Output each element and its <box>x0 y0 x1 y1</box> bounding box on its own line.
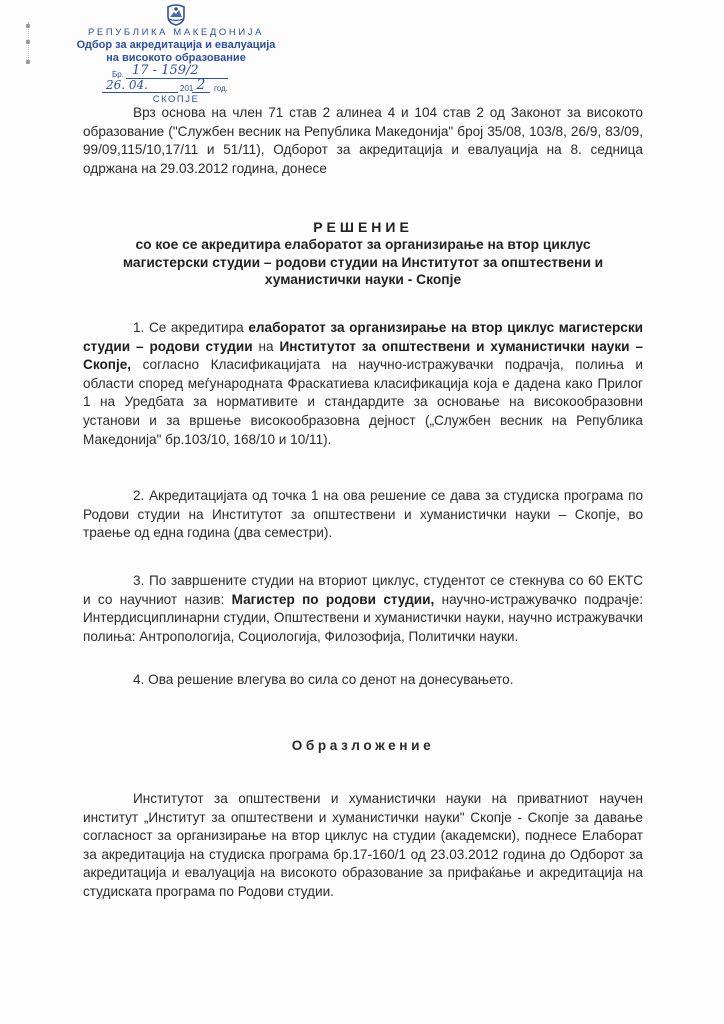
item-number: 2. <box>133 488 144 503</box>
stamp-date-line: 26. 04. 201 2 год. <box>66 80 286 94</box>
stamp-date-value: 26. 04. <box>102 79 178 93</box>
decision-item-3: 3. По завршените студии на вториот циклу… <box>83 572 643 646</box>
stamp-year-suffix: 2 <box>192 78 210 93</box>
item-text: Ова решение влегува во сила со денот на … <box>148 672 513 687</box>
preamble-paragraph: Врз основа на член 71 став 2 алинеа 4 и … <box>83 104 643 178</box>
item-bold-degree: Магистер по родови студии, <box>232 592 435 607</box>
item-lead: Се акредитира <box>149 320 244 335</box>
stamp-republic: РЕПУБЛИКА МАКЕДОНИЈА <box>66 27 286 39</box>
decision-heading: РЕШЕНИЕ со кое се акредитира елаборатот … <box>83 219 643 289</box>
stamp-registry-line: Бр. 17 - 159/2 <box>66 65 286 80</box>
decision-item-1: 1. Се акредитира елаборатот за организир… <box>83 319 643 449</box>
reasoning-paragraph: Институтот за општествени и хуманистички… <box>83 790 643 902</box>
decision-subtitle-line-3: хуманистички науки - Скопје <box>83 271 643 289</box>
reasoning-title: Образложение <box>83 738 643 753</box>
decision-item-2: 2. Акредитацијата од точка 1 на ова реше… <box>83 487 643 543</box>
coat-of-arms-emblem-icon <box>164 4 188 26</box>
decision-item-4: 4. Ова решение влегува во сила со денот … <box>83 671 643 690</box>
document-page: РЕПУБЛИКА МАКЕДОНИЈА Одбор за акредитаци… <box>0 0 724 1024</box>
stamp-organization: Одбор за акредитација и евалуација <box>66 39 286 52</box>
decision-subtitle-line-1: со кое се акредитира елаборатот за орган… <box>83 236 643 254</box>
item-text: Акредитацијата од точка 1 на ова решение… <box>83 488 643 540</box>
item-rest: согласно Класификацијата на научно-истра… <box>83 357 643 446</box>
registry-stamp: РЕПУБЛИКА МАКЕДОНИЈА Одбор за акредитаци… <box>66 4 286 105</box>
binder-hole-mark <box>28 22 31 64</box>
decision-title: РЕШЕНИЕ <box>83 219 643 236</box>
item-number: 4. <box>133 672 144 687</box>
item-number: 1. <box>133 320 144 335</box>
stamp-reg-number: 17 - 159/2 <box>126 64 228 79</box>
decision-subtitle-line-2: магистерски студии – родови студии на Ин… <box>83 254 643 272</box>
item-mid: на <box>259 339 274 354</box>
item-number: 3. <box>133 573 144 588</box>
stamp-year-label: год. <box>214 84 228 93</box>
